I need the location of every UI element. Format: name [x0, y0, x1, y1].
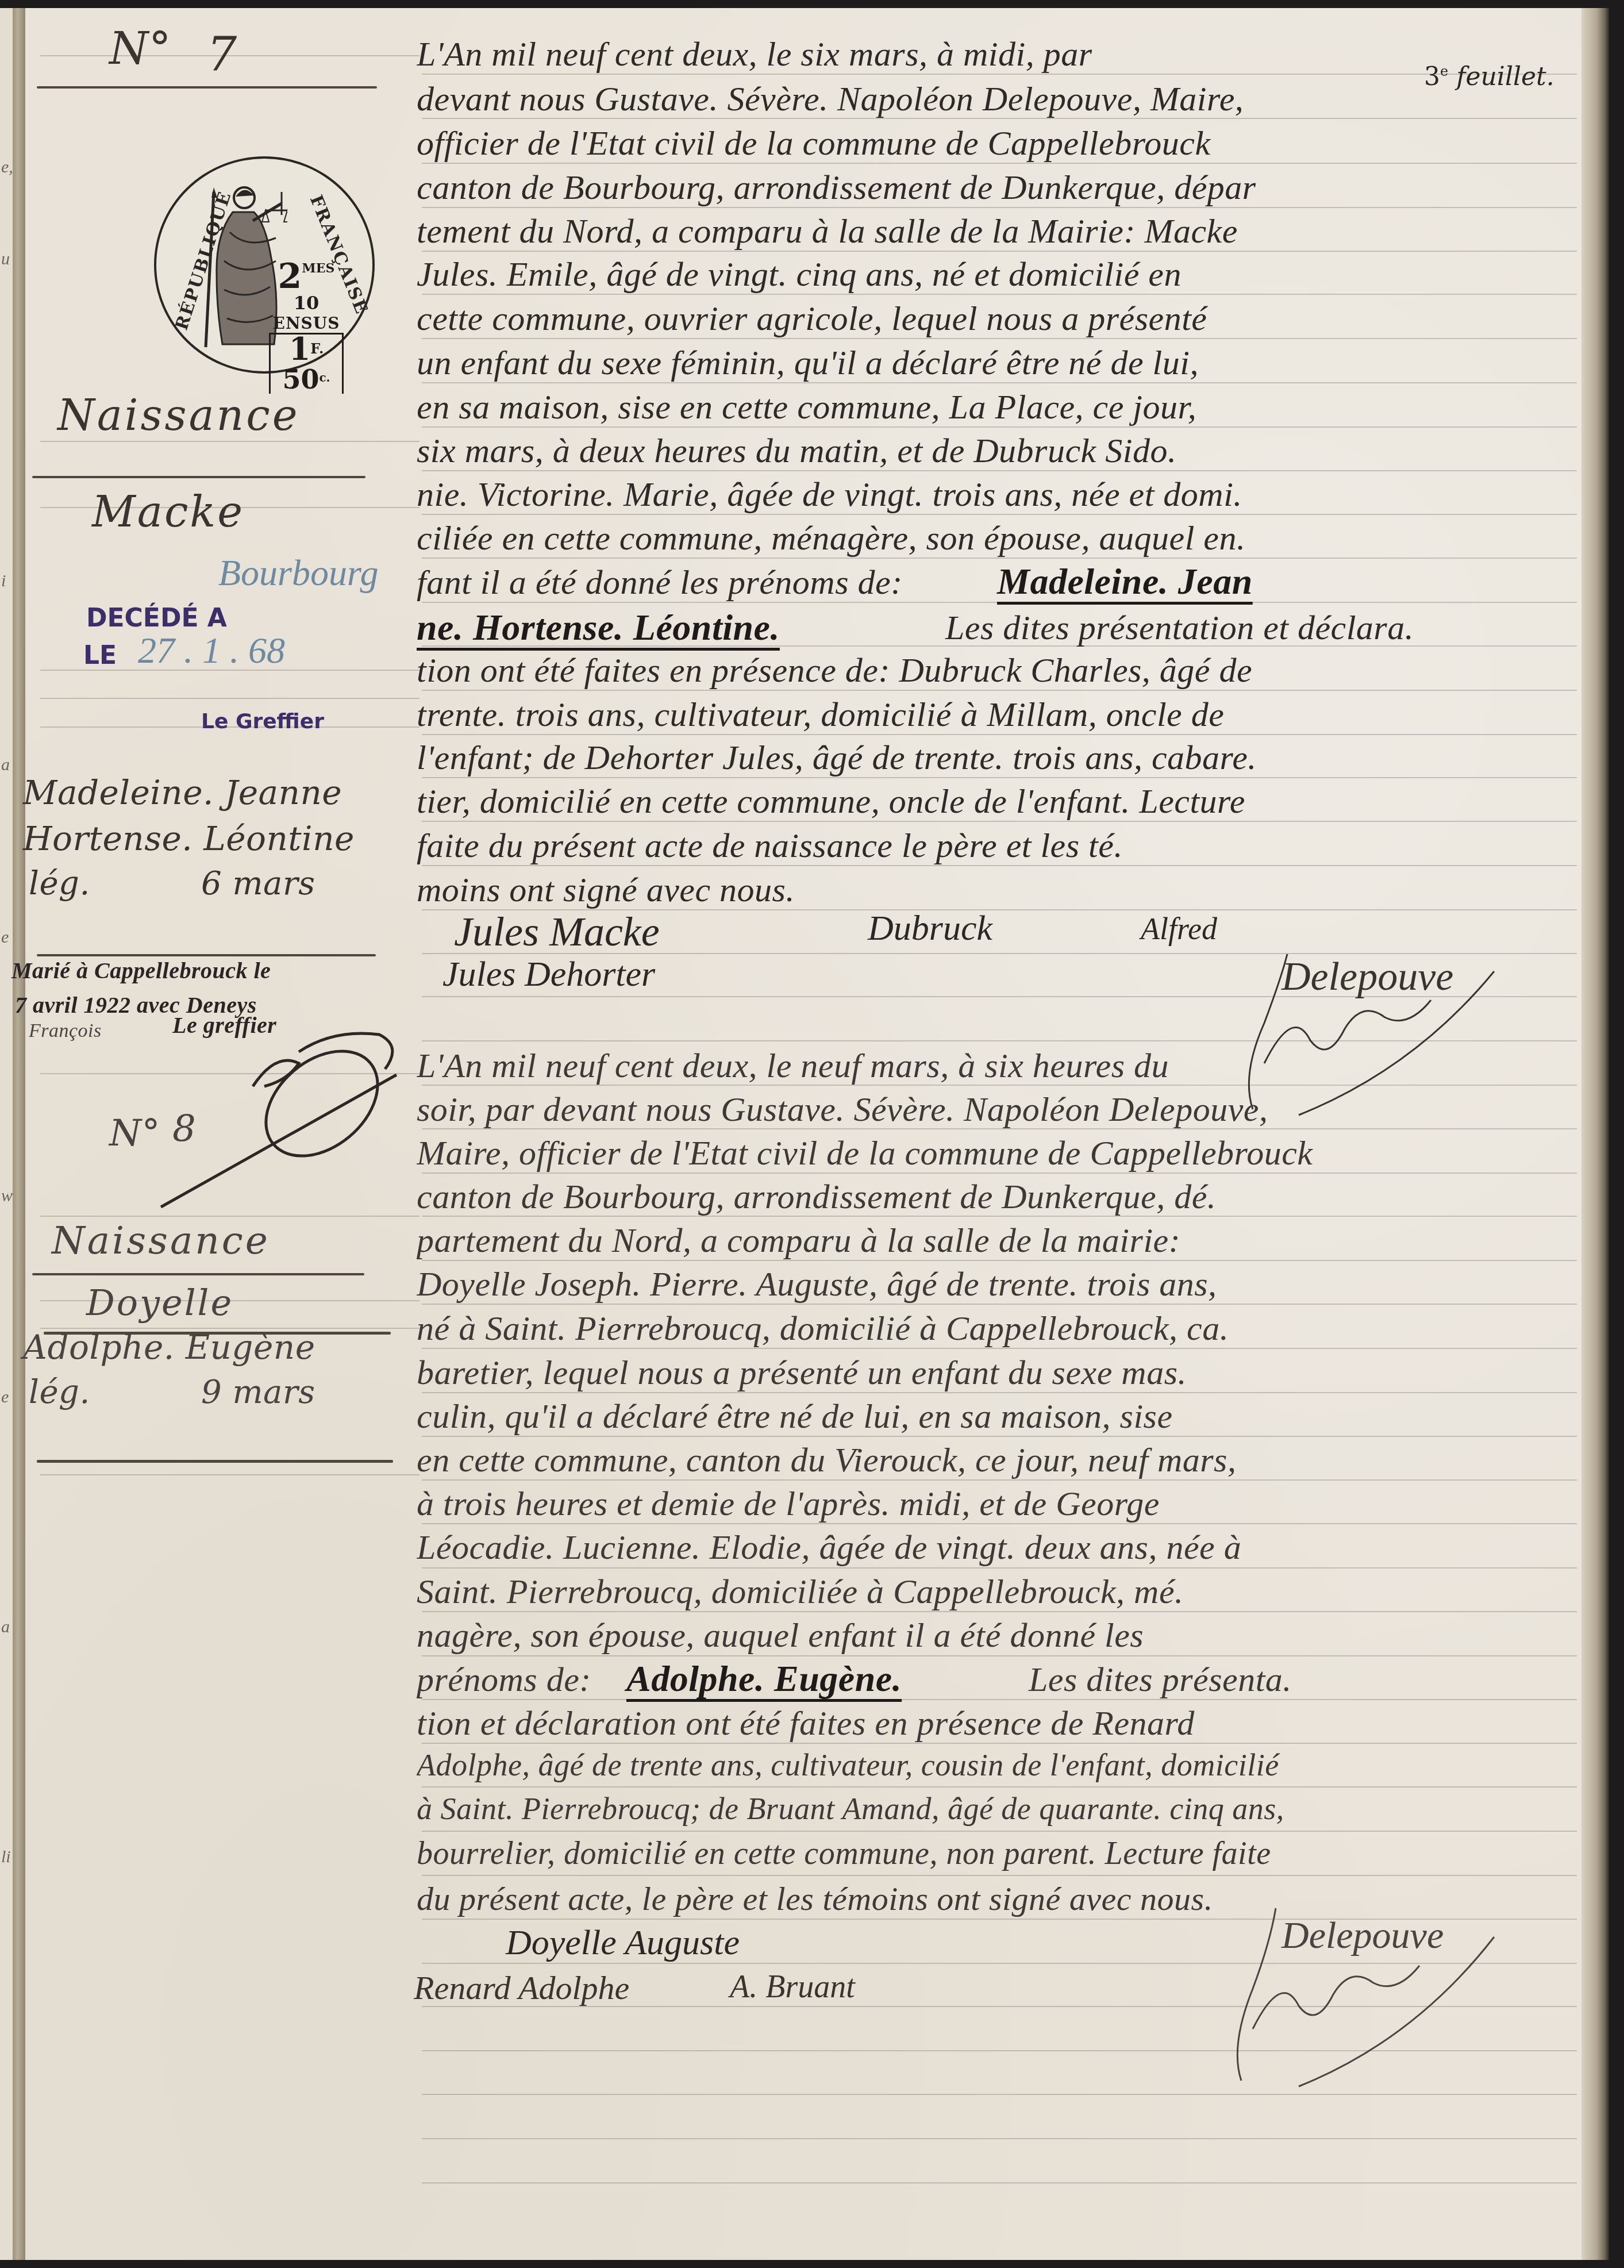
stamp-franc-unit: F. — [310, 340, 324, 357]
signature-witness-extra: Alfred — [1141, 911, 1217, 947]
record-1-body-line: tier, domicilié en cette commune, oncle … — [417, 782, 1572, 821]
record-2-body-line: culin, qu'il a déclaré être né de lui, e… — [417, 1397, 1572, 1436]
stamp-value-block: 2MES 10 ENSUS 1F. 50c. — [269, 261, 344, 394]
record-2-body-line: Doyelle Joseph. Pierre. Auguste, âgé de … — [417, 1264, 1572, 1304]
record-1-given-names-2: Hortense. Léontine — [23, 819, 355, 858]
marriage-note-line3: François — [29, 1020, 102, 1042]
record-1-number: 7 — [207, 28, 237, 82]
record-2-surname: Doyelle — [86, 1282, 233, 1324]
record-1-body-line: nie. Victorine. Marie, âgée de vingt. tr… — [417, 475, 1572, 514]
record-1-body-line: tement du Nord, a comparu à la salle de … — [417, 212, 1572, 251]
record-2-legitimacy: lég. — [29, 1374, 90, 1411]
record-1-body-line: officier de l'Etat civil de la commune d… — [417, 124, 1572, 163]
margin-divider — [37, 1460, 393, 1463]
signature-witness-bruant: A. Bruant — [730, 1969, 855, 2005]
death-stamp-line1: DECÉDÉ A — [86, 603, 227, 633]
death-date-handwritten: 27 . 1 . 68 — [138, 629, 285, 672]
record-2-body-line: Léocadie. Lucienne. Elodie, âgée de ving… — [417, 1528, 1572, 1567]
record-2-body-line: nagère, son épouse, auquel enfant il a é… — [417, 1616, 1572, 1655]
margin-divider — [32, 476, 365, 478]
record-2-number-label: N° — [109, 1112, 160, 1155]
record-1-body-line: canton de Bourbourg, arrondissement de D… — [417, 168, 1572, 207]
record-2-body-line: L'An mil neuf cent deux, le neuf mars, à… — [417, 1046, 1572, 1086]
stamp-cents-unit: c. — [319, 371, 330, 385]
record-1-after-names: Les dites présentation et déclara. — [945, 608, 1414, 648]
record-1-body-line: L'An mil neuf cent deux, le six mars, à … — [417, 34, 1572, 74]
record-2-date: 9 mars — [201, 1374, 315, 1411]
fiscal-stamp: RÉPUBLIQUE FRANÇAISE 2MES 10 ENSUS 1F. 5… — [154, 156, 375, 374]
record-1-body-line: trente. trois ans, cultivateur, domicili… — [417, 695, 1572, 735]
death-stamp-line2: LE — [83, 641, 117, 670]
page-edge-right — [1581, 8, 1609, 2260]
record-2-body-line: à Saint. Pierrebroucq; de Bruant Amand, … — [417, 1791, 1572, 1827]
record-1-body-line: fant il a été donné les prénoms de: — [417, 563, 934, 602]
signature-father-2: Doyelle Auguste — [506, 1923, 740, 1963]
record-2-body-line: bourrelier, domicilié en cette commune, … — [417, 1835, 1572, 1872]
record-1-body-line: devant nous Gustave. Sévère. Napoléon De… — [417, 79, 1572, 119]
record-1-body-line: l'enfant; de Dehorter Jules, âgé de tren… — [417, 738, 1572, 778]
record-1-body-line: faite du présent acte de naissance le pè… — [417, 826, 1572, 866]
record-2-number: 8 — [172, 1108, 196, 1151]
record-1-given-names-highlight: Madeleine. Jean — [997, 560, 1253, 603]
record-1-body-line: tion ont été faites en présence de: Dubr… — [417, 651, 1572, 690]
record-2-body-line: Maire, officier de l'Etat civil de la co… — [417, 1133, 1572, 1173]
signature-witness-1: Dubruck — [868, 908, 992, 949]
signature-mayor-1: Delepouve — [1282, 954, 1453, 1000]
margin-divider — [37, 86, 377, 89]
record-2-body-line: Adolphe, âgé de trente ans, cultivateur,… — [417, 1747, 1572, 1783]
stamp-tax-sup: MES — [302, 261, 334, 276]
record-1-body-line: cette commune, ouvrier agricole, lequel … — [417, 299, 1572, 339]
record-2-body-line: à trois heures et demie de l'après. midi… — [417, 1484, 1572, 1524]
record-2-after-names: Les dites présenta. — [1029, 1660, 1292, 1700]
record-1-body-line: ciliée en cette commune, ménagère, son é… — [417, 518, 1572, 558]
record-1-body-line: un enfant du sexe féminin, qu'il a décla… — [417, 343, 1572, 383]
stamp-franc: 1 — [289, 330, 311, 367]
margin-divider — [37, 954, 376, 956]
signature-witness-renard: Renard Adolphe — [414, 1969, 629, 2007]
record-2-body-line: tion et déclaration ont été faites en pr… — [417, 1704, 1572, 1743]
record-1-given-names-highlight-cont: ne. Hortense. Léontine. — [417, 606, 780, 649]
record-2-body-line: né à Saint. Pierrebroucq, domicilié à Ca… — [417, 1309, 1572, 1348]
record-2-given-names-highlight: Adolphe. Eugène. — [626, 1658, 902, 1700]
record-1-body-line: Jules. Emile, âgé de vingt. cinq ans, né… — [417, 255, 1572, 294]
record-2-body-line: canton de Bourbourg, arrondissement de D… — [417, 1177, 1572, 1217]
record-1-type: Naissance — [57, 391, 300, 440]
record-2-body-line: soir, par devant nous Gustave. Sévère. N… — [417, 1090, 1572, 1129]
stamp-price: 1F. 50c. — [269, 335, 344, 394]
death-place-handwritten: Bourbourg — [218, 552, 379, 594]
binding-strip — [13, 8, 25, 2260]
stamp-tax-denominator: 10 — [294, 292, 320, 314]
margin-divider — [32, 1273, 364, 1275]
signature-witness-2: Jules Dehorter — [442, 954, 655, 995]
record-1-body-line: six mars, à deux heures du matin, et de … — [417, 431, 1572, 471]
record-2-body-line: Saint. Pierrebroucq, domiciliée à Cappel… — [417, 1572, 1572, 1612]
marriage-note-line1: Marié à Cappellebrouck le — [11, 957, 271, 984]
record-1-surname: Macke — [92, 487, 244, 537]
record-1-body-line: moins ont signé avec nous. — [417, 870, 1572, 910]
record-1-body-line: en sa maison, sise en cette commune, La … — [417, 387, 1572, 427]
signature-father: Jules Macke — [454, 908, 660, 956]
signature-mayor-2: Delepouve — [1282, 1914, 1444, 1958]
previous-page-edge: e,ui aew eali — [0, 8, 13, 2260]
record-2-body-line: prénoms de: — [417, 1660, 646, 1700]
record-1-given-names-1: Madeleine. Jeanne — [23, 773, 342, 812]
record-2-given-names: Adolphe. Eugène — [23, 1328, 315, 1367]
record-2-body-line: partement du Nord, a comparu à la salle … — [417, 1221, 1572, 1260]
stamp-tax-numerator: 2 — [278, 256, 302, 297]
stamp-cents: 50 — [282, 364, 319, 395]
record-1-number-label: N° — [109, 23, 171, 75]
record-2-type: Naissance — [52, 1218, 270, 1263]
record-1-date: 6 mars — [201, 865, 315, 902]
record-1-legitimacy: lég. — [29, 865, 90, 902]
record-2-body-line: baretier, lequel nous a présenté un enfa… — [417, 1353, 1572, 1393]
record-2-body-line: en cette commune, canton du Vierouck, ce… — [417, 1440, 1572, 1480]
death-stamp-greffier: Le Greffier — [201, 710, 324, 733]
